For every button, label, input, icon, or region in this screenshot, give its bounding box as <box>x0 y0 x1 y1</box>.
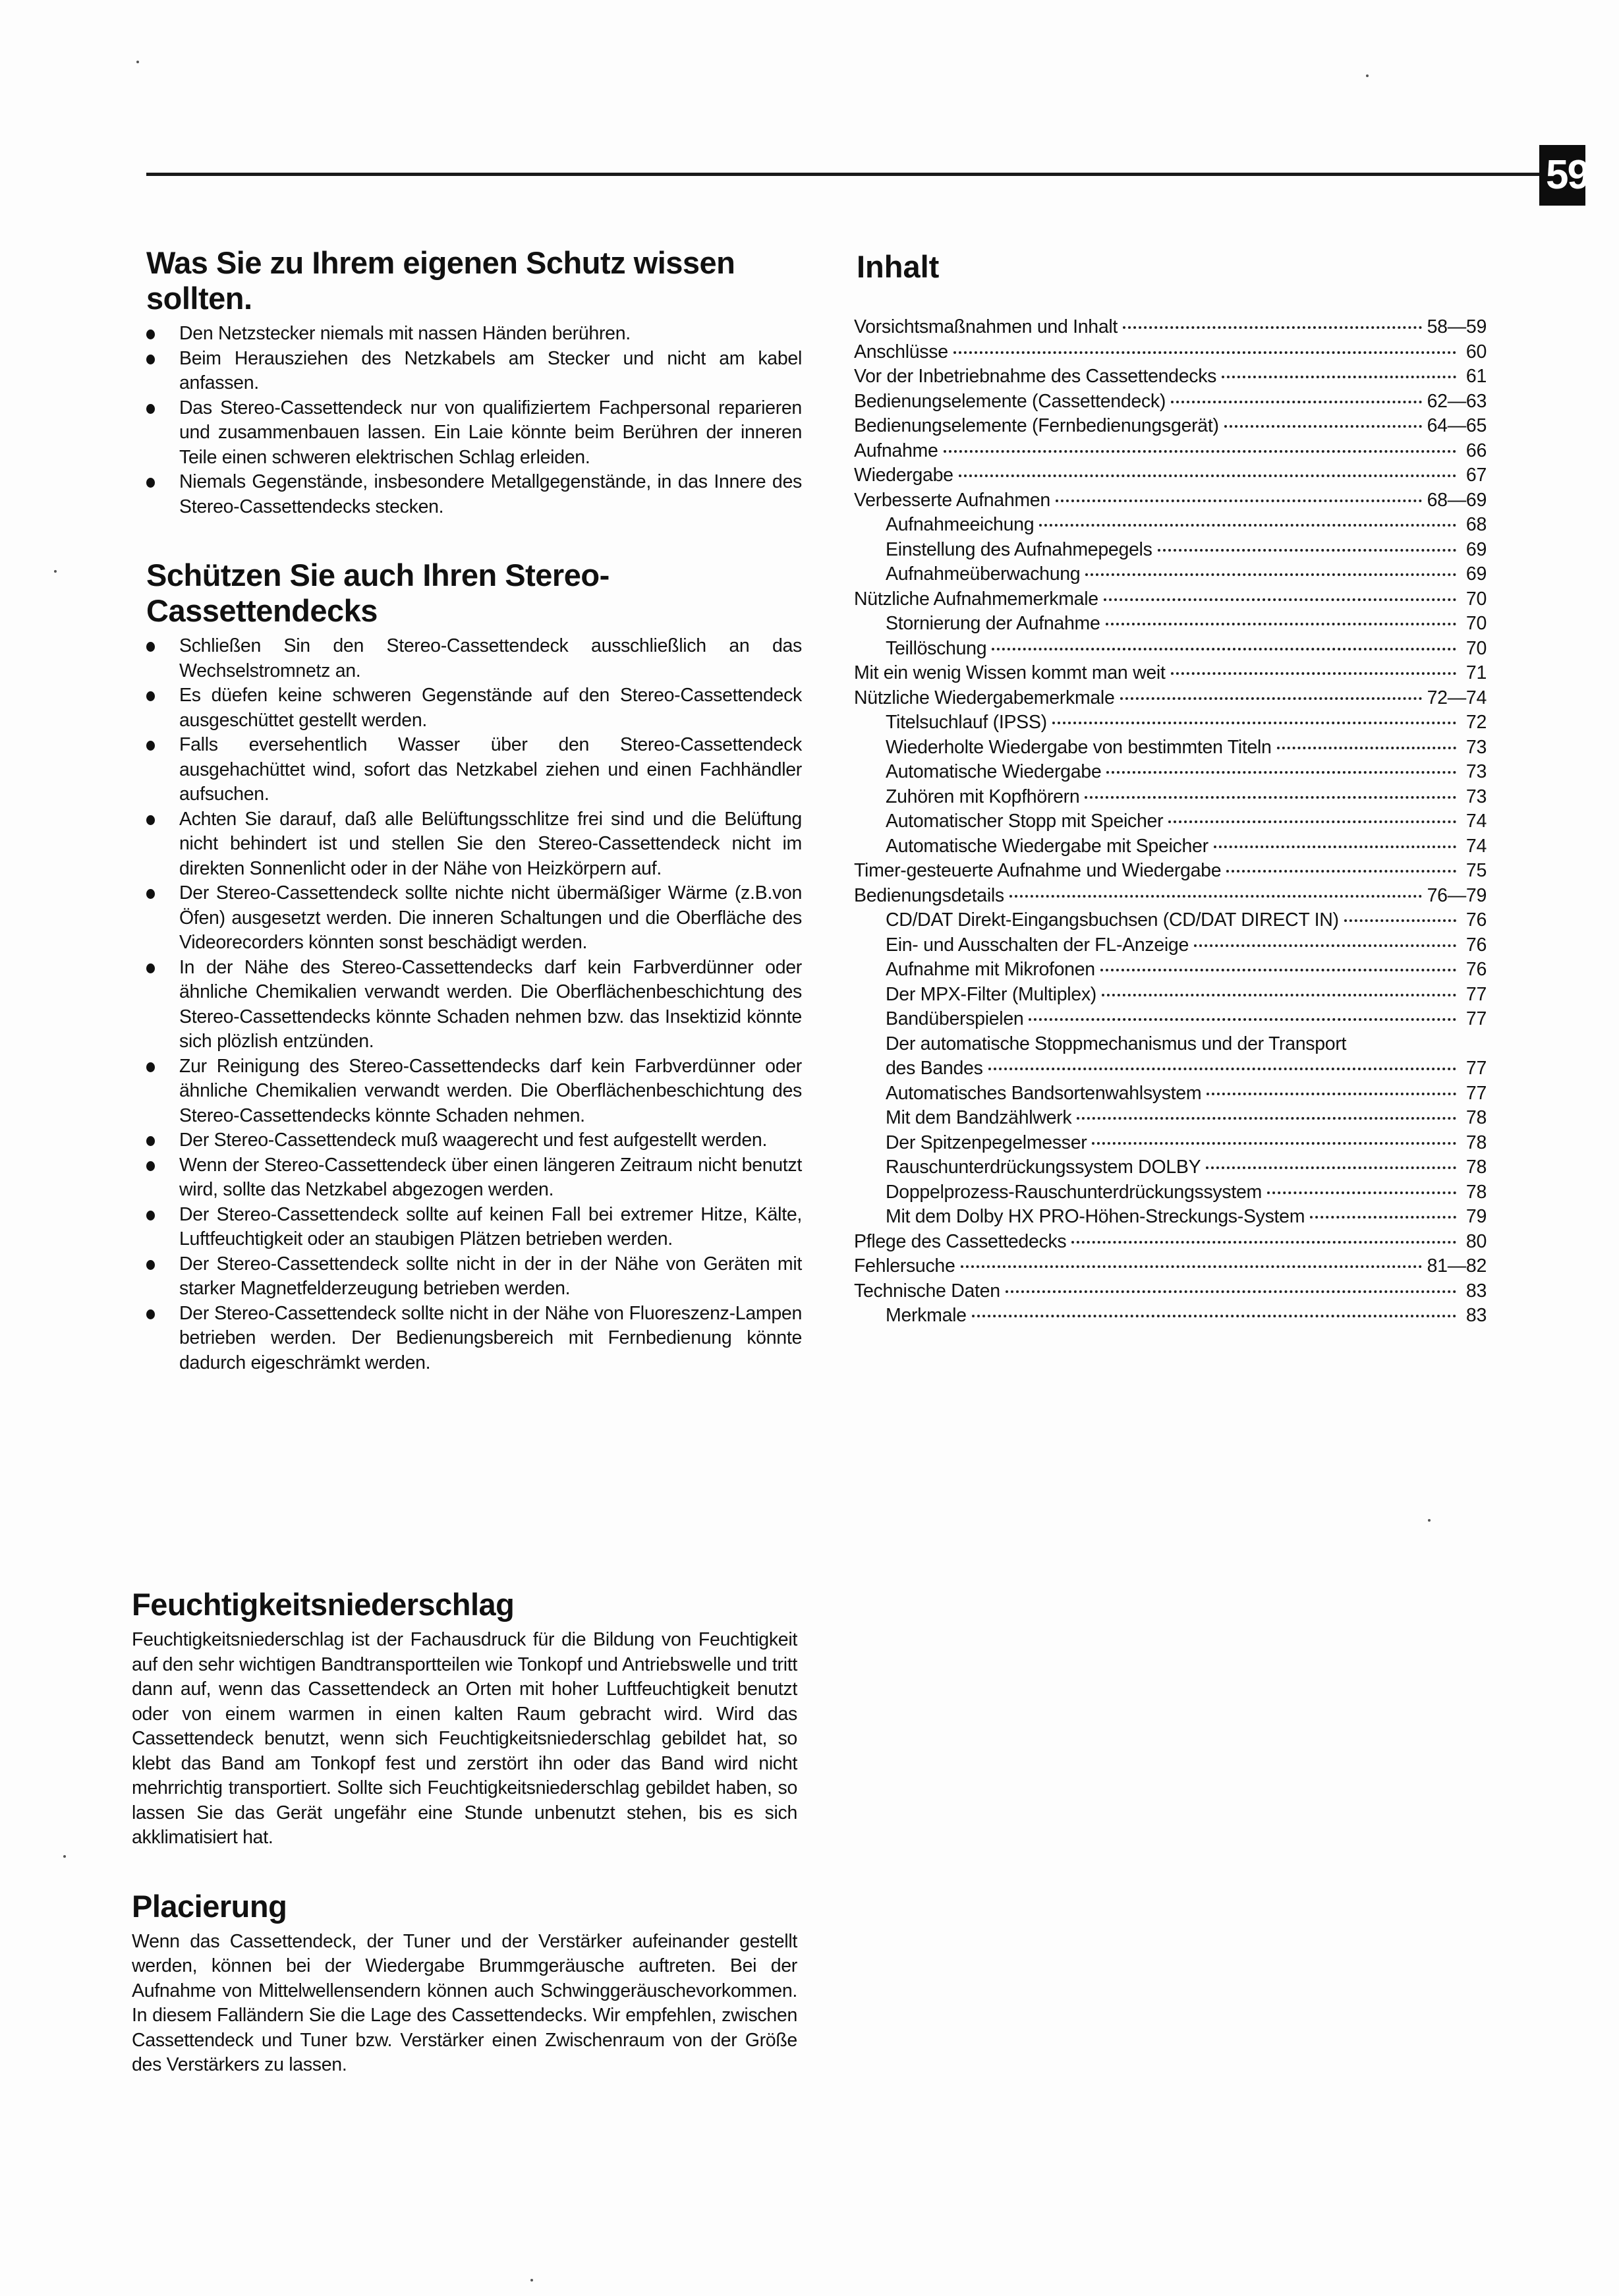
toc-entry-label: Aufnahme <box>854 439 938 464</box>
toc-dot-leader <box>992 648 1456 650</box>
toc-entry: Titelsuchlauf (IPSS)72 <box>854 710 1487 735</box>
toc-dot-leader <box>1120 697 1422 700</box>
toc-entry: Mit dem Dolby HX PRO-Höhen-Streckungs-Sy… <box>854 1205 1487 1230</box>
bullet-list-deck-schutz: Schließen Sin den Stereo-Cassettendeck a… <box>146 634 802 1375</box>
toc-entry: Automatische Wiedergabe mit Speicher74 <box>854 834 1487 859</box>
toc-entry: Nützliche Aufnahmemerkmale70 <box>854 587 1487 612</box>
scan-speck <box>63 1855 66 1858</box>
toc-dot-leader <box>1006 1290 1456 1293</box>
section-title-placierung: Placierung <box>132 1889 797 1924</box>
toc-dot-leader <box>1106 623 1456 625</box>
toc-entry-pages: 83 <box>1462 1304 1487 1329</box>
toc-dot-leader <box>1092 1142 1456 1145</box>
toc-entry-pages: 72—74 <box>1427 686 1487 711</box>
toc-entry: Bedienungselemente (Cassettendeck)62—63 <box>854 389 1487 415</box>
bullet-item: Schließen Sin den Stereo-Cassettendeck a… <box>146 634 802 683</box>
toc-entry-pages: 70 <box>1462 587 1487 612</box>
toc-entry: Fehlersuche81—82 <box>854 1254 1487 1279</box>
toc-entry-pages: 77 <box>1462 1081 1487 1106</box>
toc-entry-label: Doppelprozess-Rauschunterdrückungssystem <box>886 1180 1262 1205</box>
toc-entry-label: Mit dem Bandzählwerk <box>886 1106 1071 1131</box>
toc-entry: Mit ein wenig Wissen kommt man weit71 <box>854 661 1487 686</box>
toc-entry: Einstellung des Aufnahmepegels69 <box>854 538 1487 563</box>
toc-dot-leader <box>1085 573 1456 576</box>
toc-entry-label: Bandüberspielen <box>886 1007 1023 1032</box>
toc-dot-leader <box>1206 1166 1456 1169</box>
toc-dot-leader <box>972 1315 1456 1317</box>
toc-entry-pages: 77 <box>1462 1007 1487 1032</box>
bullet-item: Falls eversehentlich Wasser über den Ste… <box>146 733 802 807</box>
toc-entry-label: Wiedergabe <box>854 463 953 488</box>
toc-entry: Mit dem Bandzählwerk78 <box>854 1106 1487 1131</box>
toc-entry: Pflege des Cassettedecks80 <box>854 1230 1487 1255</box>
toc-entry-pages: 74 <box>1462 834 1487 859</box>
toc-dot-leader <box>1009 895 1422 898</box>
bullet-item: Es düefen keine schweren Gegenstände auf… <box>146 683 802 733</box>
toc-entry-pages: 66 <box>1462 439 1487 464</box>
toc-entry-pages: 72 <box>1462 710 1487 735</box>
toc-dot-leader <box>1222 376 1456 378</box>
toc-entry: Stornierung der Aufnahme70 <box>854 612 1487 637</box>
toc-entry-label: Einstellung des Aufnahmepegels <box>886 538 1152 563</box>
toc-list: Vorsichtsmaßnahmen und Inhalt58—59Anschl… <box>854 315 1487 1329</box>
toc-entry-pages: 61 <box>1462 364 1487 389</box>
section-text-feuchtigkeit: Feuchtigkeitsniederschlag ist der Fachau… <box>132 1628 797 1851</box>
toc-entry-label: Anschlüsse <box>854 340 948 365</box>
toc-entry-label: Aufnahme mit Mikrofonen <box>886 958 1095 983</box>
bullet-item: Der Stereo-Cassettendeck sollte nichte n… <box>146 881 802 956</box>
section-deck-schutz: Schützen Sie auch Ihren Stereo-Cassetten… <box>146 558 802 1375</box>
toc-dot-leader <box>988 1068 1456 1070</box>
toc-entry-label: Vorsichtsmaßnahmen und Inhalt <box>854 315 1118 340</box>
toc-entry-label: Timer-gesteuerte Aufnahme und Wiedergabe <box>854 859 1221 884</box>
toc-entry-pages: 69 <box>1462 562 1487 587</box>
section-schutz: Was Sie zu Ihrem eigenen Schutz wissen s… <box>146 245 802 519</box>
toc-entry-pages: 78 <box>1462 1131 1487 1156</box>
toc-dot-leader <box>1029 1018 1456 1021</box>
toc-entry: Doppelprozess-Rauschunterdrückungssystem… <box>854 1180 1487 1205</box>
toc-entry-pages: 76 <box>1462 908 1487 933</box>
toc-entry-label: Bedienungselemente (Cassettendeck) <box>854 389 1166 415</box>
toc-entry: des Bandes77 <box>854 1056 1487 1081</box>
toc-dot-leader <box>1344 919 1456 922</box>
toc-entry-label: Wiederholte Wiedergabe von bestimmten Ti… <box>886 735 1272 761</box>
toc-dot-leader <box>1123 326 1422 329</box>
toc-dot-leader <box>944 450 1456 453</box>
bullet-item: Niemals Gegenstände, insbesondere Metall… <box>146 470 802 519</box>
toc-entry: Ein- und Ausschalten der FL-Anzeige76 <box>854 933 1487 958</box>
toc-entry: Wiedergabe67 <box>854 463 1487 488</box>
toc-entry-label: Automatische Wiedergabe <box>886 760 1101 785</box>
bullet-item: Achten Sie darauf, daß alle Belüftungssc… <box>146 807 802 882</box>
toc-entry-pages: 81—82 <box>1427 1254 1487 1279</box>
scan-speck <box>1366 74 1369 77</box>
bullet-item: Der Stereo-Cassettendeck sollte nicht in… <box>146 1252 802 1302</box>
toc-entry: Teillöschung70 <box>854 637 1487 662</box>
toc-entry: Technische Daten83 <box>854 1279 1487 1304</box>
toc-entry-pages: 78 <box>1462 1106 1487 1131</box>
page-number-badge: 59 <box>1539 145 1585 206</box>
toc-dot-leader <box>1052 722 1456 724</box>
toc-entry-label: Automatisches Bandsortenwahlsystem <box>886 1081 1201 1106</box>
toc-entry-label: Fehlersuche <box>854 1254 955 1279</box>
toc-entry: Verbesserte Aufnahmen68—69 <box>854 488 1487 513</box>
scan-speck <box>1428 1519 1431 1522</box>
toc-entry-pages: 78 <box>1462 1180 1487 1205</box>
toc-dot-leader <box>1168 820 1456 823</box>
toc-entry: Automatisches Bandsortenwahlsystem77 <box>854 1081 1487 1106</box>
toc-entry-label: Der automatische Stoppmechanismus und de… <box>886 1032 1346 1057</box>
bullet-item: Den Netzstecker niemals mit nassen Hände… <box>146 322 802 347</box>
toc-entry-label: Aufnahmeeichung <box>886 513 1034 538</box>
toc-entry-label: Zuhören mit Kopfhörern <box>886 785 1079 810</box>
table-of-contents: Inhalt Vorsichtsmaßnahmen und Inhalt58—5… <box>854 249 1487 1329</box>
bullet-item: Der Stereo-Cassettendeck muß waagerecht … <box>146 1128 802 1153</box>
toc-entry-pages: 78 <box>1462 1155 1487 1180</box>
toc-dot-leader <box>1277 747 1456 749</box>
toc-dot-leader <box>1194 944 1456 947</box>
bullet-item: Das Stereo-Cassettendeck nur von qualifi… <box>146 396 802 471</box>
bullet-item: In der Nähe des Stereo-Cassettendecks da… <box>146 956 802 1054</box>
toc-entry-pages: 64—65 <box>1427 414 1487 439</box>
toc-entry: Rauschunterdrückungssystem DOLBY78 <box>854 1155 1487 1180</box>
scan-speck <box>530 2279 533 2282</box>
toc-dot-leader <box>1085 796 1456 799</box>
toc-entry-label: Stornierung der Aufnahme <box>886 612 1100 637</box>
toc-entry-pages: 71 <box>1462 661 1487 686</box>
toc-entry: Wiederholte Wiedergabe von bestimmten Ti… <box>854 735 1487 761</box>
toc-dot-leader <box>1310 1216 1456 1219</box>
bullet-list-schutz: Den Netzstecker niemals mit nassen Hände… <box>146 322 802 519</box>
toc-entry: Merkmale83 <box>854 1304 1487 1329</box>
section-placierung: Placierung Wenn das Cassettendeck, der T… <box>132 1889 797 2078</box>
bullet-item: Der Stereo-Cassettendeck sollte auf kein… <box>146 1203 802 1252</box>
toc-entry-pages: 62—63 <box>1427 389 1487 415</box>
toc-entry-label: Vor der Inbetriebnahme des Cassettendeck… <box>854 364 1216 389</box>
toc-entry: CD/DAT Direkt-Eingangsbuchsen (CD/DAT DI… <box>854 908 1487 933</box>
toc-entry-label: Bedienungselemente (Fernbedienungsgerät) <box>854 414 1219 439</box>
toc-dot-leader <box>1100 969 1456 971</box>
toc-dot-leader <box>1071 1241 1456 1244</box>
toc-entry-pages: 79 <box>1462 1205 1487 1230</box>
toc-dot-leader <box>1226 870 1456 873</box>
toc-entry: Bedienungselemente (Fernbedienungsgerät)… <box>854 414 1487 439</box>
section-title-feuchtigkeit: Feuchtigkeitsniederschlag <box>132 1587 797 1622</box>
toc-entry-label: Bedienungsdetails <box>854 884 1004 909</box>
toc-entry: Automatische Wiedergabe73 <box>854 760 1487 785</box>
toc-entry: Vor der Inbetriebnahme des Cassettendeck… <box>854 364 1487 389</box>
toc-entry-pages: 73 <box>1462 760 1487 785</box>
bullet-item: Zur Reinigung des Stereo-Cassettendecks … <box>146 1054 802 1129</box>
toc-dot-leader <box>953 351 1456 354</box>
toc-dot-leader <box>1039 524 1456 527</box>
toc-entry-pages: 76 <box>1462 958 1487 983</box>
toc-entry: Aufnahme66 <box>854 439 1487 464</box>
toc-entry-label: Der MPX-Filter (Multiplex) <box>886 983 1096 1008</box>
toc-entry-pages: 70 <box>1462 637 1487 662</box>
toc-entry: Vorsichtsmaßnahmen und Inhalt58—59 <box>854 315 1487 340</box>
toc-dot-leader <box>1171 401 1422 403</box>
toc-entry-label: Automatischer Stopp mit Speicher <box>886 809 1163 834</box>
toc-entry-label: Aufnahmeüberwachung <box>886 562 1080 587</box>
header-rule <box>146 173 1543 176</box>
toc-entry-pages: 80 <box>1462 1230 1487 1255</box>
toc-dot-leader <box>1224 425 1422 428</box>
toc-entry-label: Mit dem Dolby HX PRO-Höhen-Streckungs-Sy… <box>886 1205 1305 1230</box>
toc-entry-pages: 73 <box>1462 735 1487 761</box>
toc-entry: Der Spitzenpegelmesser78 <box>854 1131 1487 1156</box>
toc-dot-leader <box>1102 994 1456 996</box>
section-feuchtigkeit: Feuchtigkeitsniederschlag Feuchtigkeitsn… <box>132 1587 797 1851</box>
toc-entry-label: Rauschunterdrückungssystem DOLBY <box>886 1155 1201 1180</box>
left-column-lower: Feuchtigkeitsniederschlag Feuchtigkeitsn… <box>132 1587 797 2078</box>
scan-speck <box>54 570 57 573</box>
toc-dot-leader <box>1056 500 1422 502</box>
toc-entry-pages: 70 <box>1462 612 1487 637</box>
toc-entry-pages: 73 <box>1462 785 1487 810</box>
toc-entry-label: Merkmale <box>886 1304 967 1329</box>
toc-entry: Zuhören mit Kopfhörern73 <box>854 785 1487 810</box>
toc-entry-label: Mit ein wenig Wissen kommt man weit <box>854 661 1166 686</box>
toc-dot-leader <box>1104 598 1456 601</box>
bullet-item: Wenn der Stereo-Cassettendeck über einen… <box>146 1153 802 1203</box>
toc-entry-pages: 76—79 <box>1427 884 1487 909</box>
toc-entry-label: Teillöschung <box>886 637 986 662</box>
toc-dot-leader <box>1207 1093 1456 1095</box>
toc-entry-label: Nützliche Aufnahmemerkmale <box>854 587 1098 612</box>
toc-entry-label: Technische Daten <box>854 1279 1000 1304</box>
toc-entry: Aufnahme mit Mikrofonen76 <box>854 958 1487 983</box>
toc-dot-leader <box>1077 1117 1456 1120</box>
toc-entry-pages: 68 <box>1462 513 1487 538</box>
toc-dot-leader <box>1214 846 1456 848</box>
toc-entry-pages: 77 <box>1462 983 1487 1008</box>
left-column: Was Sie zu Ihrem eigenen Schutz wissen s… <box>146 245 802 1375</box>
toc-entry-pages: 69 <box>1462 538 1487 563</box>
toc-entry-pages: 60 <box>1462 340 1487 365</box>
toc-entry: Nützliche Wiedergabemerkmale72—74 <box>854 686 1487 711</box>
toc-entry-label: des Bandes <box>886 1056 983 1081</box>
toc-entry: Automatischer Stopp mit Speicher74 <box>854 809 1487 834</box>
toc-entry-label: Ein- und Ausschalten der FL-Anzeige <box>886 933 1189 958</box>
toc-entry-pages: 83 <box>1462 1279 1487 1304</box>
toc-entry-label: Pflege des Cassettedecks <box>854 1230 1066 1255</box>
toc-entry: Der MPX-Filter (Multiplex)77 <box>854 983 1487 1008</box>
toc-entry-label: Der Spitzenpegelmesser <box>886 1131 1087 1156</box>
toc-entry-pages: 76 <box>1462 933 1487 958</box>
bullet-item: Beim Herausziehen des Netzkabels am Stec… <box>146 347 802 396</box>
toc-entry-pages: 74 <box>1462 809 1487 834</box>
toc-entry-label: CD/DAT Direkt-Eingangsbuchsen (CD/DAT DI… <box>886 908 1339 933</box>
toc-entry: Bedienungsdetails76—79 <box>854 884 1487 909</box>
toc-entry-pages: 75 <box>1462 859 1487 884</box>
toc-dot-leader <box>1106 771 1456 774</box>
scan-speck <box>136 61 139 63</box>
bullet-item: Der Stereo-Cassettendeck sollte nicht in… <box>146 1302 802 1376</box>
toc-entry-pages: 68—69 <box>1427 488 1487 513</box>
section-title-schutz: Was Sie zu Ihrem eigenen Schutz wissen s… <box>146 245 802 316</box>
section-text-placierung: Wenn das Cassettendeck, der Tuner und de… <box>132 1930 797 2078</box>
toc-entry: Aufnahmeeichung68 <box>854 513 1487 538</box>
toc-entry: Der automatische Stoppmechanismus und de… <box>854 1032 1487 1057</box>
toc-dot-leader <box>1158 549 1456 552</box>
toc-entry-pages: 67 <box>1462 463 1487 488</box>
toc-title: Inhalt <box>857 249 1487 285</box>
toc-entry: Timer-gesteuerte Aufnahme und Wiedergabe… <box>854 859 1487 884</box>
toc-entry-label: Nützliche Wiedergabemerkmale <box>854 686 1115 711</box>
toc-entry-pages: 58—59 <box>1427 315 1487 340</box>
toc-dot-leader <box>961 1265 1422 1268</box>
toc-dot-leader <box>1267 1191 1456 1194</box>
toc-entry-label: Titelsuchlauf (IPSS) <box>886 710 1047 735</box>
toc-entry-label: Verbesserte Aufnahmen <box>854 488 1050 513</box>
toc-entry: Aufnahmeüberwachung69 <box>854 562 1487 587</box>
section-title-deck-schutz: Schützen Sie auch Ihren Stereo-Cassetten… <box>146 558 805 629</box>
toc-entry-label: Automatische Wiedergabe mit Speicher <box>886 834 1208 859</box>
toc-entry: Bandüberspielen77 <box>854 1007 1487 1032</box>
toc-entry-pages: 77 <box>1462 1056 1487 1081</box>
toc-entry: Anschlüsse60 <box>854 340 1487 365</box>
toc-dot-leader <box>959 474 1456 477</box>
toc-dot-leader <box>1171 672 1456 675</box>
